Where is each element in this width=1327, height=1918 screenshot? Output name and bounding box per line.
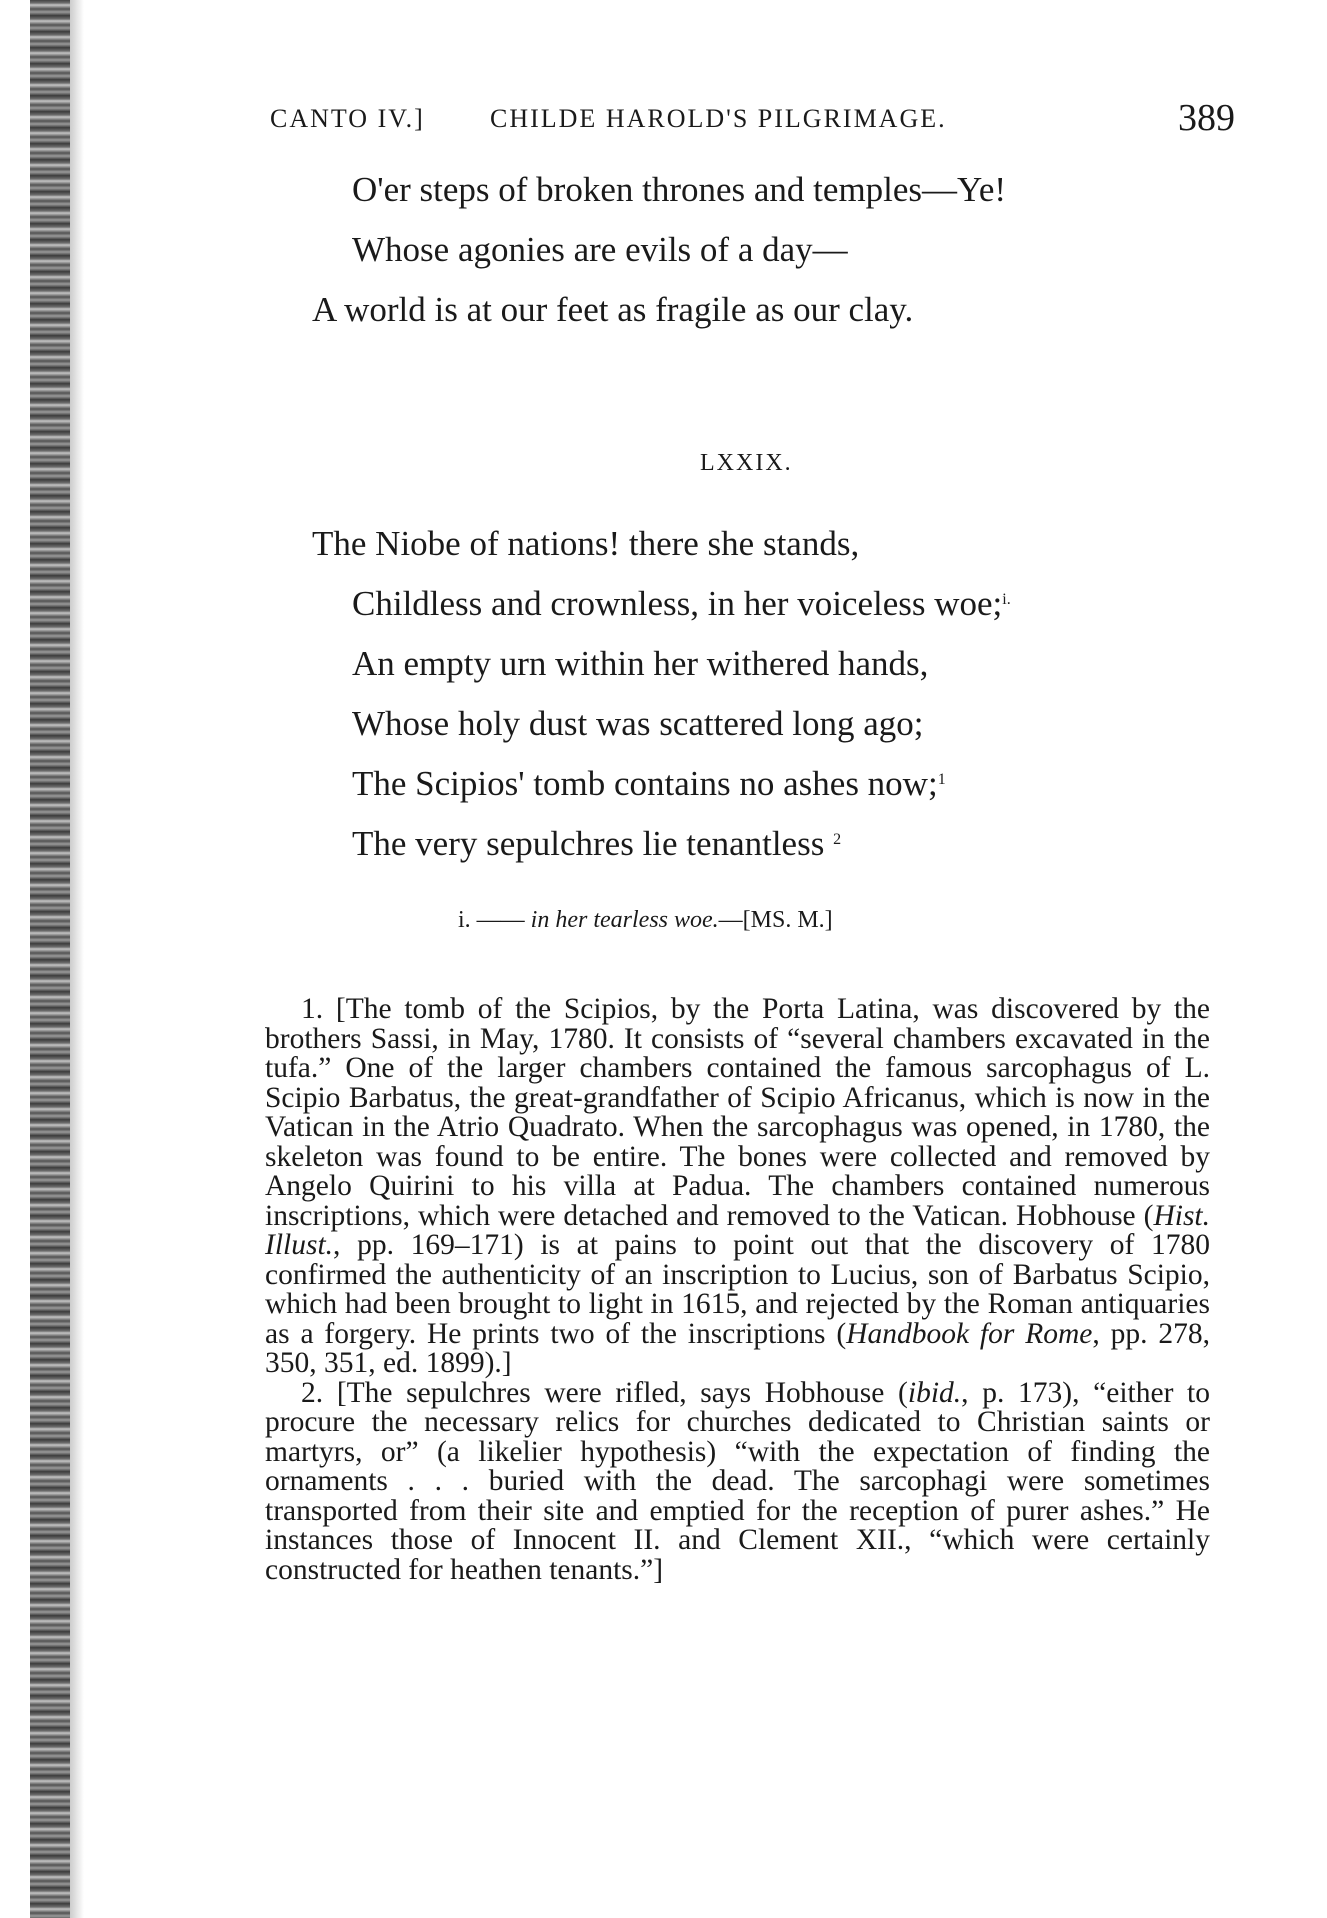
stanza-line: The Niobe of nations! there she stands,: [312, 514, 859, 574]
stanza-line: The Scipios' tomb contains no ashes now;…: [352, 754, 946, 814]
stanza-line: Whose holy dust was scattered long ago;: [352, 694, 924, 754]
running-header: CANTO IV.] CHILDE HAROLD'S PILGRIMAGE. 3…: [270, 96, 1235, 146]
stanza-line: An empty urn within her withered hands,: [352, 634, 928, 694]
footnote-marker: 1: [938, 771, 946, 788]
verse-line: Whose agonies are evils of a day—: [352, 220, 848, 280]
book-title: CHILDE HAROLD'S PILGRIMAGE.: [490, 104, 947, 134]
stanza-number: LXXIX.: [700, 450, 793, 477]
stanza-line: Childless and crownless, in her voiceles…: [352, 574, 1011, 634]
stanza-line: The very sepulchres lie tenantless 2: [352, 814, 841, 874]
variant-reading: i. —— in her tearless woe.—[MS. M.]: [458, 907, 833, 934]
verse-line: A world is at our feet as fragile as our…: [312, 280, 913, 340]
footnote-marker: 2: [833, 831, 841, 848]
gutter-shading: [70, 0, 84, 1918]
verse-line: O'er steps of broken thrones and temples…: [352, 160, 1006, 220]
footnote-1: 1. [The tomb of the Scipios, by the Port…: [265, 995, 1210, 1379]
footnotes: 1. [The tomb of the Scipios, by the Port…: [265, 995, 1210, 1585]
book-spine-shadow: [30, 0, 70, 1918]
footnote-2: 2. [The sepulchres were rifled, says Hob…: [265, 1379, 1210, 1586]
canto-label: CANTO IV.]: [270, 104, 425, 134]
variant-marker: i.: [1002, 591, 1010, 608]
page-number: 389: [1178, 96, 1235, 140]
